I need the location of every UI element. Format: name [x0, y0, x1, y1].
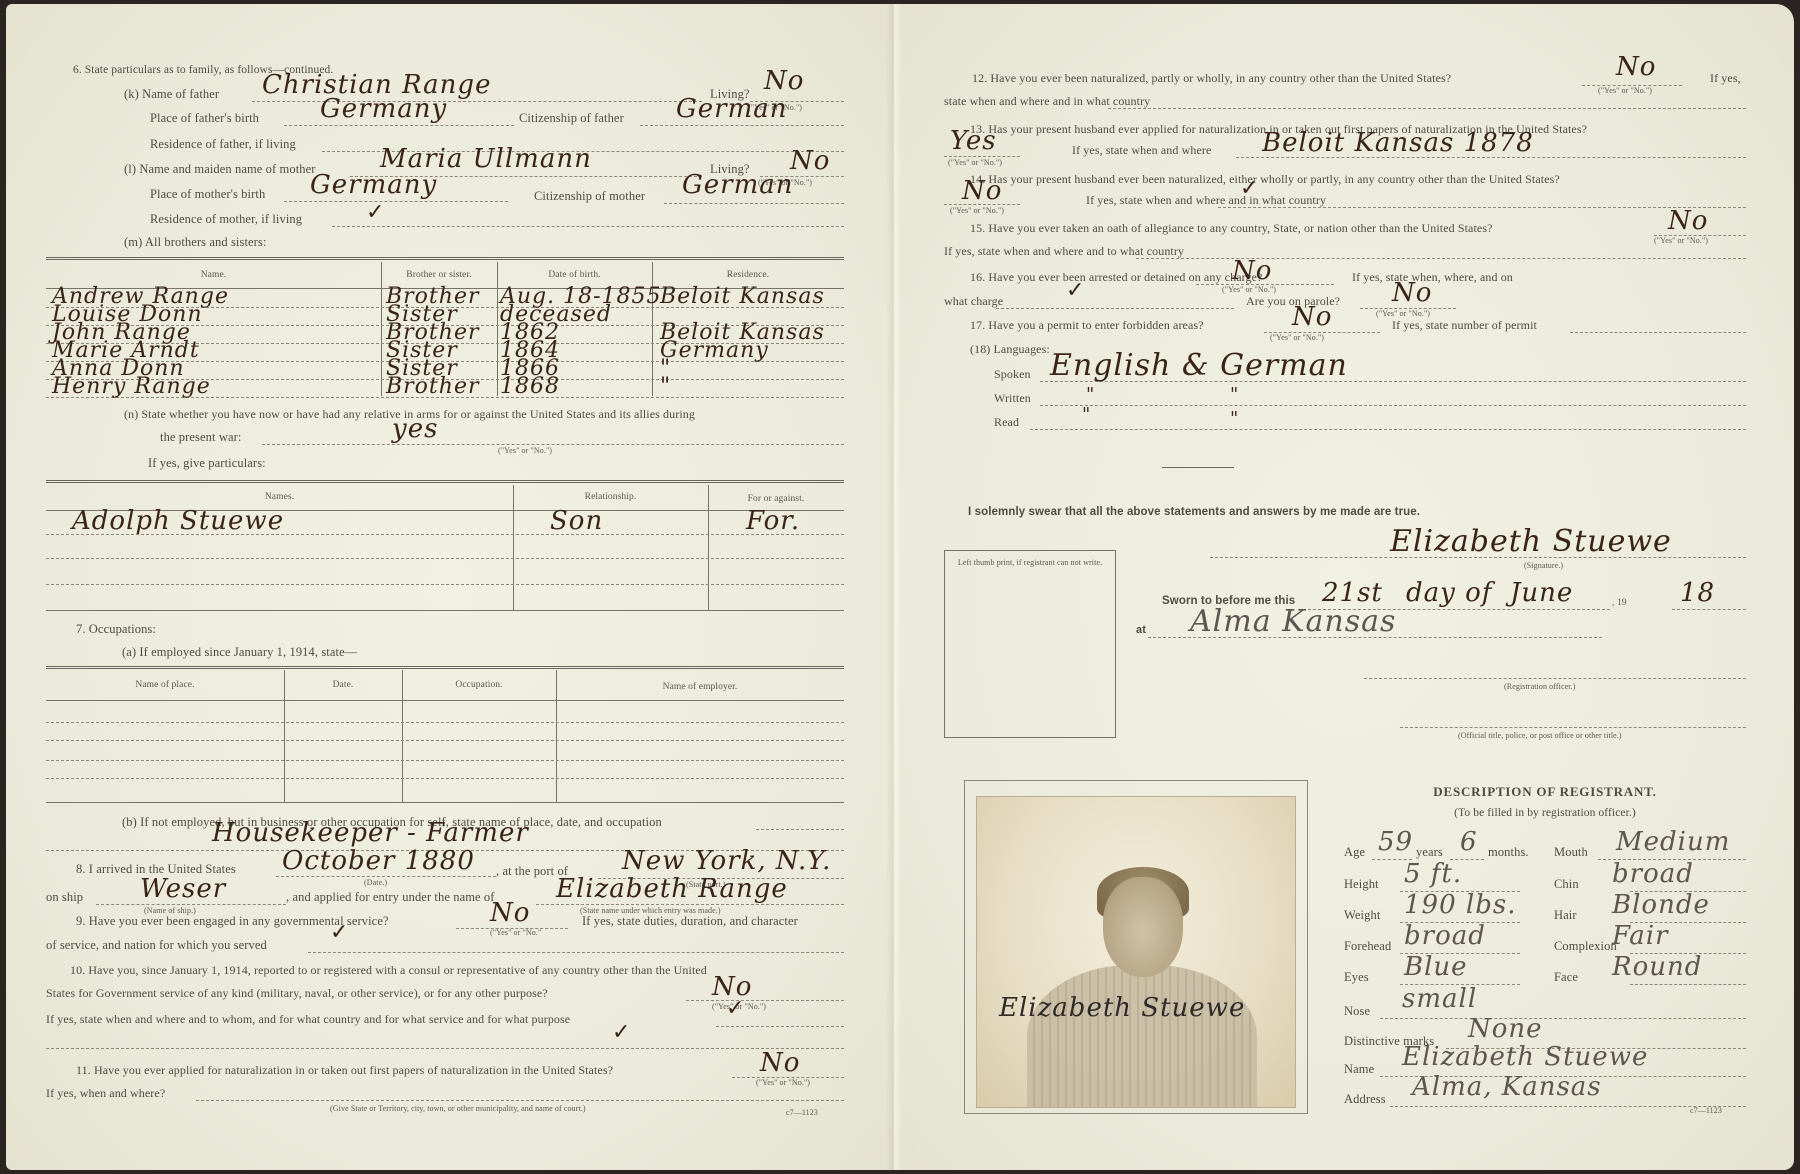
q13-value: Yes — [950, 126, 997, 156]
parole-hint: ("Yes" or "No.") — [1376, 309, 1430, 318]
chin-value: broad — [1612, 859, 1694, 889]
year-suffix-value: 18 — [1680, 578, 1715, 608]
officer-hint: (Registration officer.) — [1504, 682, 1575, 691]
arrival-port-value: New York, N.Y. — [622, 846, 831, 876]
book-spine — [886, 4, 902, 1170]
thumb-print-label: Left thumb print, if registrant can not … — [952, 558, 1108, 568]
q11-footnote: (Give State or Territory, city, town, or… — [330, 1104, 586, 1113]
languages-label: (18) Languages: — [970, 342, 1050, 357]
q15-value: No — [1668, 206, 1708, 236]
sibling-residence: Germany — [660, 338, 769, 363]
q16-value: No — [1232, 256, 1272, 286]
entry-name-value: Elizabeth Range — [556, 874, 788, 904]
q16-followup2: what charge — [944, 294, 1003, 309]
mother-residence-checkmark: ✓ — [366, 200, 384, 225]
q10-checkmark-1: ✓ — [726, 996, 744, 1021]
read-label: Read — [994, 415, 1019, 430]
years-label: years — [1416, 845, 1443, 860]
age-label: Age — [1344, 845, 1365, 860]
ship-value: Weser — [140, 874, 226, 904]
sibling-residence: Beloit Kansas — [660, 284, 825, 309]
q12-followup: state when and where and in what country — [944, 94, 1150, 109]
siblings-col-residence: Residence. — [652, 270, 844, 280]
title-hint: (Official title, police, or post office … — [1458, 731, 1622, 740]
forehead-label: Forehead — [1344, 939, 1391, 954]
q17-hint: ("Yes" or "No.") — [1270, 333, 1324, 342]
section-divider — [1162, 467, 1234, 468]
q17-value: No — [1292, 302, 1332, 332]
sworn-month-value: June — [1510, 578, 1573, 608]
mouth-value: Medium — [1616, 827, 1730, 857]
registrant-photo: Elizabeth Stuewe — [976, 796, 1296, 1108]
mouth-label: Mouth — [1554, 845, 1588, 860]
q9-hint: ("Yes" or "No." — [490, 928, 541, 937]
relatives-label-line2: the present war: — [160, 430, 241, 445]
months-label: months. — [1488, 845, 1529, 860]
sibling-dob: 1868 — [500, 374, 560, 399]
q14-hint: ("Yes" or "No.") — [950, 206, 1004, 215]
oath-text: I solemnly swear that all the above stat… — [968, 506, 1420, 518]
sibling-name: Henry Range — [52, 374, 211, 399]
relatives-hint: ("Yes" or "No.") — [498, 446, 552, 455]
q9-value: No — [490, 898, 530, 928]
q11-followup: If yes, when and where? — [46, 1086, 165, 1101]
q12-value: No — [1616, 52, 1656, 82]
self-employed-value: Housekeeper - Farmer — [212, 818, 529, 848]
q14-checkmark: ✓ — [1240, 176, 1258, 201]
height-value: 5 ft. — [1404, 859, 1462, 889]
q15-label: 15. Have you ever taken an oath of alleg… — [970, 221, 1493, 236]
q12-if-yes: If yes, — [1710, 71, 1741, 86]
signature-hint: (Signature.) — [1524, 561, 1563, 570]
read-value-2: " — [1230, 408, 1239, 429]
mother-birthplace-label: Place of mother's birth — [150, 187, 265, 202]
father-name-label: (k) Name of father — [124, 87, 219, 102]
arrival-date-hint: (Date.) — [364, 878, 387, 887]
relatives-value: yes — [392, 414, 438, 444]
siblings-label: (m) All brothers and sisters: — [124, 235, 266, 250]
relatives-col-names: Names. — [46, 492, 513, 502]
q13-followup-value: Beloit Kansas 1878 — [1262, 128, 1534, 158]
sibling-residence: " — [660, 374, 671, 399]
q11-value: No — [760, 1048, 800, 1078]
arrival-date-value: October 1880 — [282, 846, 475, 876]
age-months-value: 6 — [1460, 827, 1478, 857]
eyes-label: Eyes — [1344, 970, 1369, 985]
q12-hint: ("Yes" or "No.") — [1598, 86, 1652, 95]
chin-label: Chin — [1554, 877, 1579, 892]
q14-followup: If yes, state when and where and in what… — [1086, 193, 1326, 208]
complexion-label: Complexion — [1554, 939, 1617, 954]
height-label: Height — [1344, 877, 1379, 892]
at-value: Alma Kansas — [1190, 604, 1396, 639]
employed-label: (a) If employed since January 1, 1914, s… — [122, 645, 357, 660]
occ-col-employer: Name of employer. — [556, 682, 844, 692]
spoken-label: Spoken — [994, 367, 1031, 382]
father-residence-label: Residence of father, if living — [150, 137, 296, 152]
mother-residence-label: Residence of mother, if living — [150, 212, 302, 227]
occ-col-occupation: Occupation. — [402, 680, 556, 690]
read-value-1: " — [1082, 404, 1091, 425]
q11-hint: ("Yes" or "No.") — [756, 1078, 810, 1087]
occ-col-date: Date. — [284, 680, 402, 690]
q9-followup: If yes, state duties, duration, and char… — [582, 914, 798, 929]
q13-hint: ("Yes" or "No.") — [948, 158, 1002, 167]
name-label: Name — [1344, 1062, 1374, 1077]
mother-living-value: No — [790, 146, 830, 176]
weight-label: Weight — [1344, 908, 1380, 923]
relatives-col-for-against: For or against. — [708, 494, 844, 504]
father-birthplace-value: Germany — [320, 94, 447, 124]
weight-value: 190 lbs. — [1404, 890, 1516, 920]
q10-line2: States for Government service of any kin… — [46, 986, 548, 1001]
q15-hint: ("Yes" or "No.") — [1654, 236, 1708, 245]
eyes-value: Blue — [1404, 952, 1468, 982]
written-value-2: " — [1230, 384, 1239, 405]
sibling-relation: Brother — [386, 374, 479, 399]
signature-value: Elizabeth Stuewe — [1390, 524, 1672, 559]
year-prefix: , 19 — [1612, 598, 1627, 608]
father-citizenship-value: German — [676, 94, 788, 124]
parole-value: No — [1392, 278, 1432, 308]
name-value: Elizabeth Stuewe — [1402, 1042, 1648, 1072]
q9-checkmark: ✓ — [330, 920, 348, 945]
q11-label: 11. Have you ever applied for naturaliza… — [76, 1063, 613, 1078]
q9-followup2: of service, and nation for which you ser… — [46, 938, 267, 953]
q13-followup: If yes, state when and where — [1072, 143, 1211, 158]
relative-name: Adolph Stuewe — [72, 506, 284, 536]
written-label: Written — [994, 391, 1031, 406]
complexion-value: Fair — [1612, 921, 1669, 951]
age-years-value: 59 — [1378, 827, 1413, 857]
relatives-col-relationship: Relationship. — [513, 492, 708, 502]
q15-followup: If yes, state when and where and to what… — [944, 244, 1184, 259]
entry-name-label: , and applied for entry under the name o… — [286, 890, 495, 905]
spoken-value: English & German — [1050, 348, 1348, 383]
relatives-particulars-label: If yes, give particulars: — [148, 456, 266, 471]
mother-birthplace-value: Germany — [310, 170, 437, 200]
siblings-col-dob: Date of birth. — [497, 270, 652, 280]
nose-label: Nose — [1344, 1004, 1370, 1019]
description-title: DESCRIPTION OF REGISTRANT. — [1330, 784, 1760, 800]
written-value-1: " — [1086, 384, 1095, 405]
mother-citizenship-label: Citizenship of mother — [534, 189, 645, 204]
nose-value: small — [1402, 984, 1477, 1014]
face-value: Round — [1612, 952, 1702, 982]
q16-checkmark: ✓ — [1066, 278, 1084, 303]
q16-hint: ("Yes" or "No.") — [1222, 285, 1276, 294]
father-citizenship-label: Citizenship of father — [519, 111, 624, 126]
photo-caption: Elizabeth Stuewe — [999, 993, 1245, 1023]
q16-label: 16. Have you ever been arrested or detai… — [970, 270, 1262, 285]
ship-label: on ship — [46, 890, 83, 905]
address-label: Address — [1344, 1092, 1386, 1107]
form-number-left: c7—1123 — [786, 1108, 818, 1117]
hair-label: Hair — [1554, 908, 1577, 923]
siblings-col-name: Name. — [46, 270, 381, 280]
q12-label: 12. Have you ever been naturalized, part… — [972, 71, 1451, 86]
address-value: Alma, Kansas — [1412, 1072, 1602, 1102]
hair-value: Blonde — [1612, 890, 1710, 920]
q17-followup: If yes, state number of permit — [1392, 318, 1537, 333]
father-living-value: No — [764, 66, 804, 96]
at-label: at — [1136, 624, 1146, 636]
sworn-day-label: day of — [1406, 578, 1492, 608]
occupations-header: 7. Occupations: — [76, 622, 156, 637]
mother-name-label: (l) Name and maiden name of mother — [124, 162, 316, 177]
forehead-value: broad — [1404, 921, 1486, 951]
marks-value: None — [1468, 1014, 1543, 1044]
form-number-right: c7—1123 — [1690, 1106, 1722, 1115]
q14-value: No — [962, 176, 1002, 206]
siblings-col-relation: Brother or sister. — [381, 270, 497, 280]
occ-col-place: Name of place. — [46, 680, 284, 690]
thumb-print-box — [944, 550, 1116, 738]
q17-label: 17. Have you a permit to enter forbidden… — [970, 318, 1204, 333]
q16-followup: If yes, state when, where, and on — [1352, 270, 1513, 285]
relative-for-against: For. — [746, 506, 800, 536]
face-label: Face — [1554, 970, 1578, 985]
q10-line3: If yes, state when and where and to whom… — [46, 1012, 570, 1027]
q10-line1: 10. Have you, since January 1, 1914, rep… — [70, 963, 707, 978]
father-birthplace-label: Place of father's birth — [150, 111, 259, 126]
relative-relationship: Son — [550, 506, 603, 536]
q14-label: 14. Has your present husband ever been n… — [970, 172, 1560, 187]
description-subtitle: (To be filled in by registration officer… — [1330, 807, 1760, 819]
q10-checkmark-2: ✓ — [612, 1020, 630, 1045]
mother-citizenship-value: German — [682, 170, 794, 200]
